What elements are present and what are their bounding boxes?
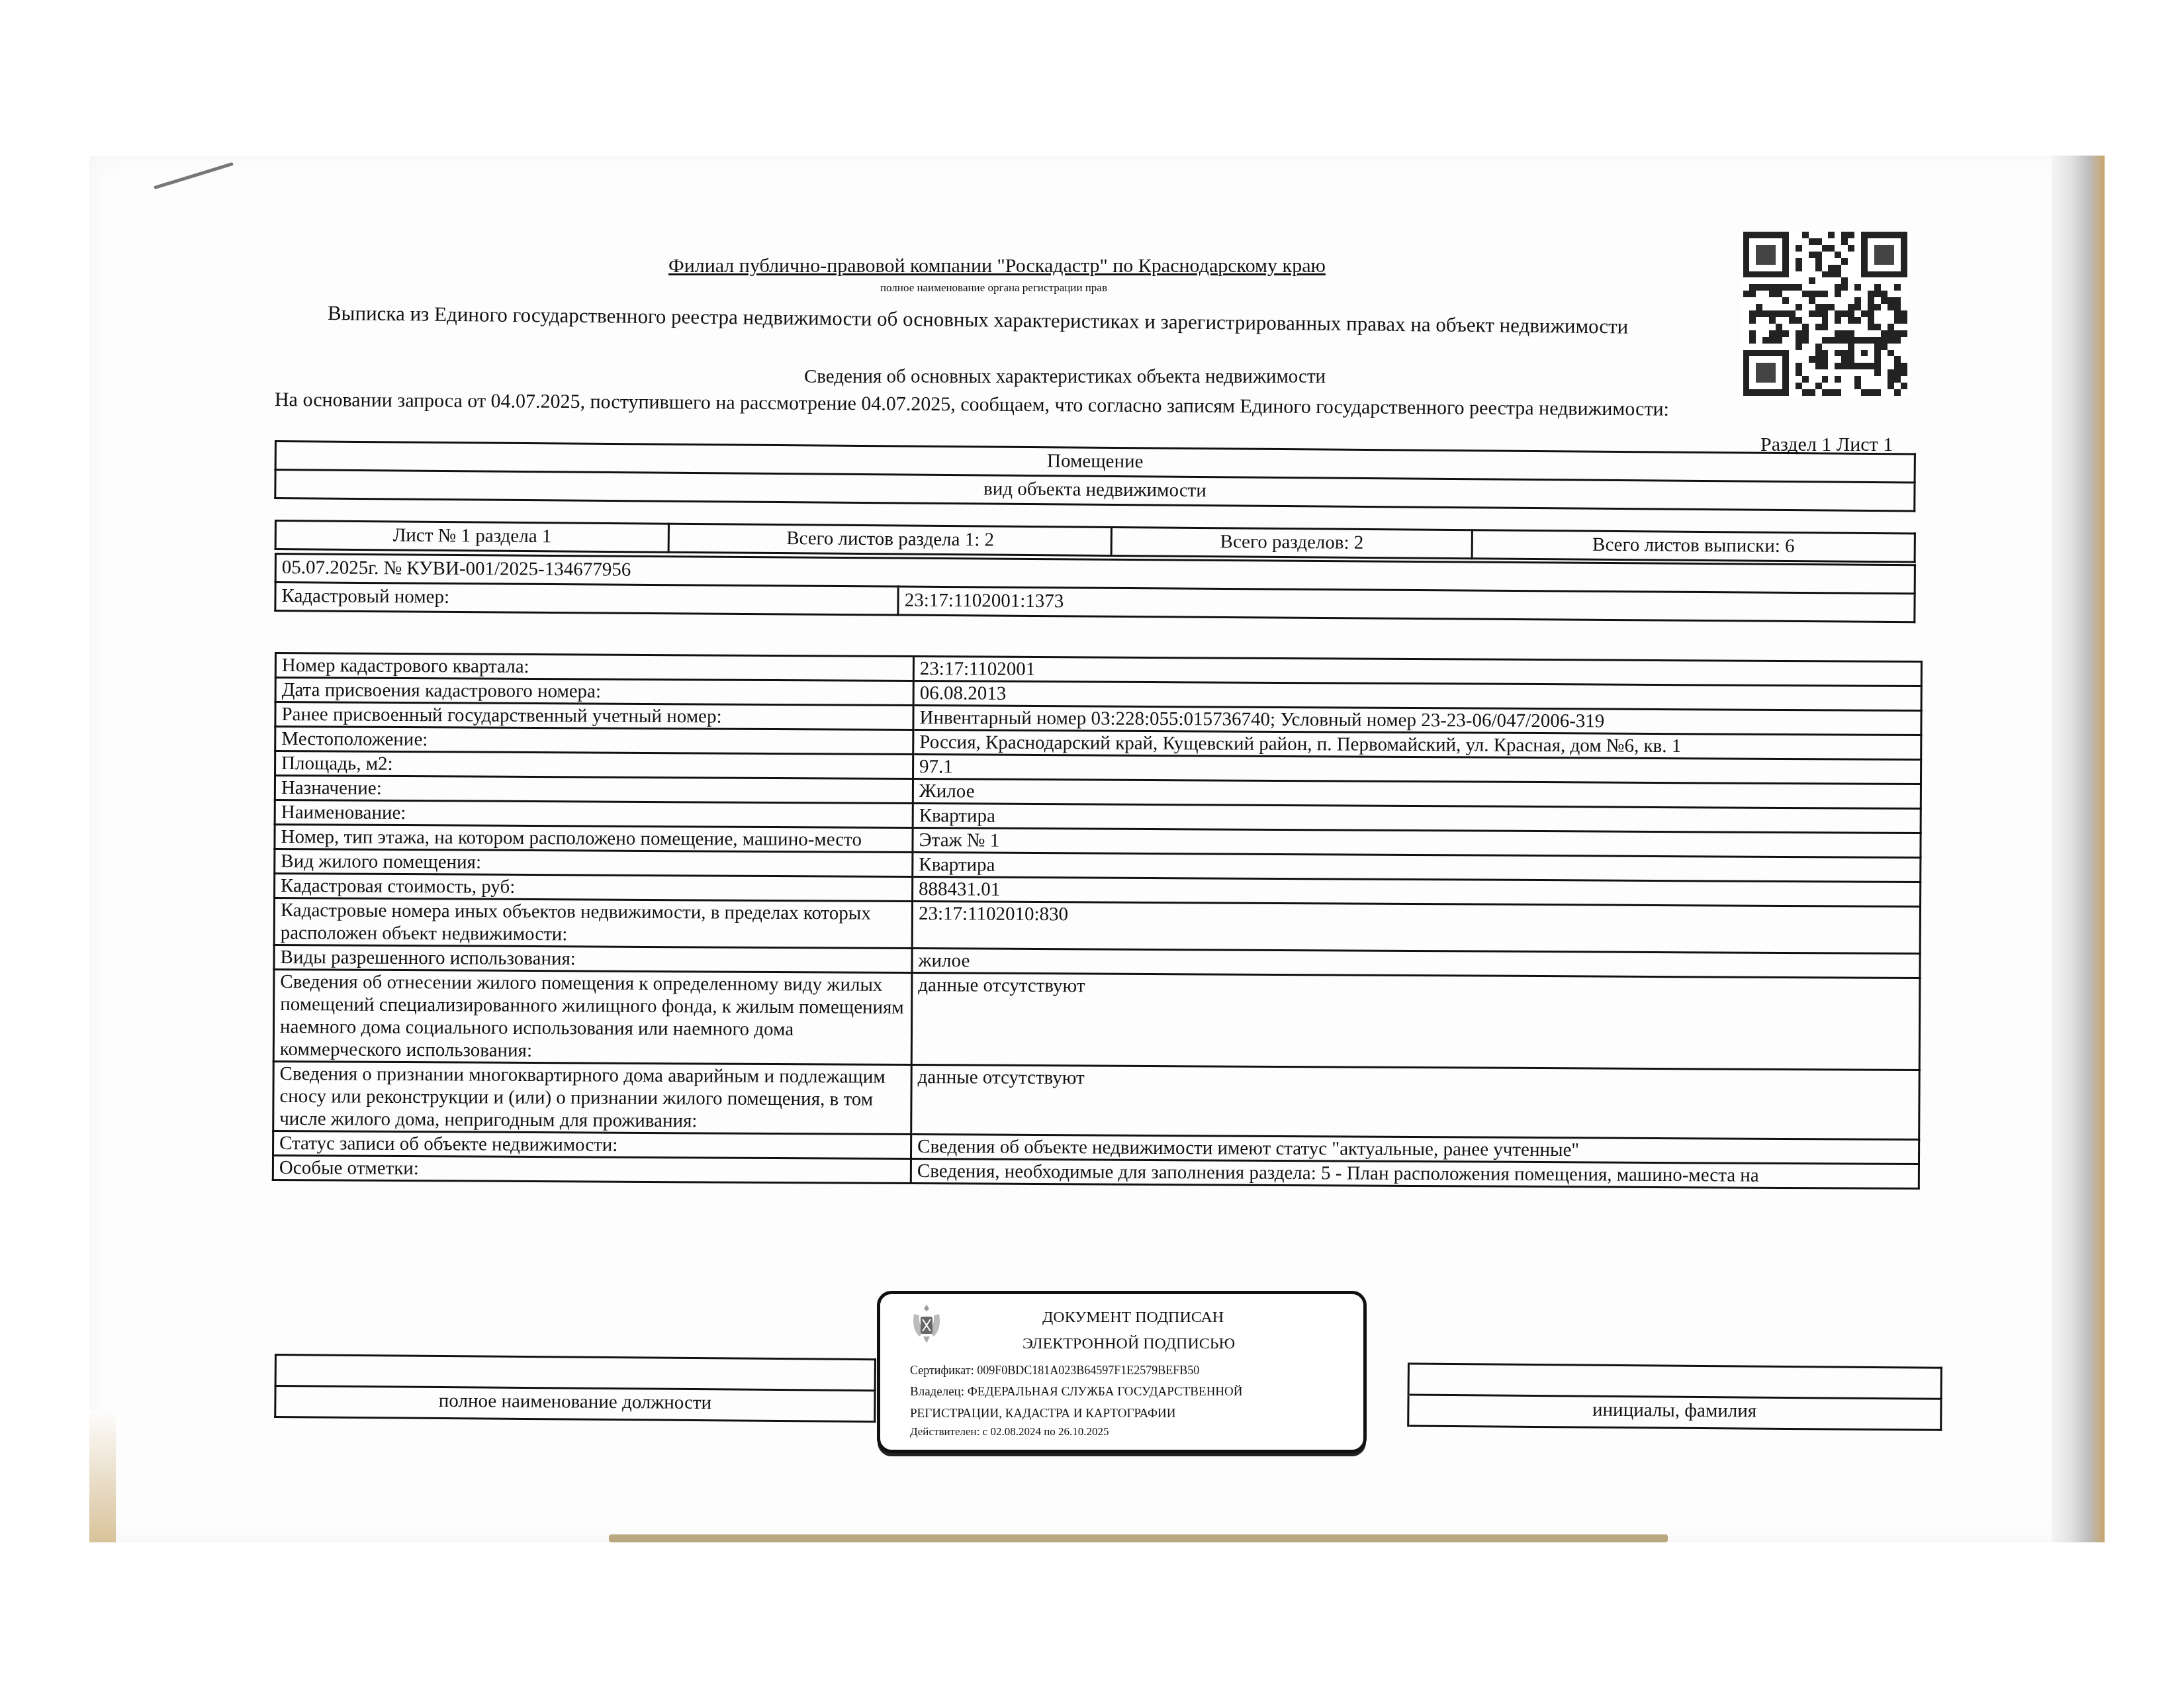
stamp-validity: Действителен: с 02.08.2024 по 26.10.2025 bbox=[910, 1425, 1109, 1438]
electronic-signature-stamp: ДОКУМЕНТ ПОДПИСАН ЭЛЕКТРОННОЙ ПОДПИСЬЮ С… bbox=[877, 1291, 1367, 1453]
row-label: Сведения о признании многоквартирного до… bbox=[273, 1061, 912, 1134]
row-value: 23:17:1102010:830 bbox=[912, 902, 1920, 954]
row-label: Номер, тип этажа, на котором расположено… bbox=[275, 825, 913, 853]
name-caption: инициалы, фамилия bbox=[1408, 1395, 1941, 1430]
paper-stack-edge bbox=[2052, 156, 2105, 1542]
table-row: Кадастровые номера иных объектов недвижи… bbox=[274, 898, 1920, 954]
stamp-owner-continued: РЕГИСТРАЦИИ, КАДАСТРА И КАРТОГРАФИИ bbox=[910, 1407, 1176, 1421]
section-title: Сведения об основных характеристиках объ… bbox=[804, 366, 1326, 388]
document-number-table: 05.07.2025г. № КУВИ-001/2025-134677956 К… bbox=[274, 553, 1916, 623]
row-value: данные отсутствуют bbox=[911, 1065, 1920, 1140]
row-label: Кадастровая стоимость, руб: bbox=[275, 874, 913, 902]
stamp-title: ДОКУМЕНТ ПОДПИСАН bbox=[1042, 1309, 1224, 1327]
stamp-certificate: Сертификат: 009F0BDC181A023B64597F1E2579… bbox=[910, 1364, 1199, 1378]
stamp-owner: Владелец: ФЕДЕРАЛЬНАЯ СЛУЖБА ГОСУДАРСТВЕ… bbox=[910, 1385, 1243, 1399]
organization-name: Филиал публично-правовой компании "Роска… bbox=[668, 255, 1326, 277]
row-value: данные отсутствуют bbox=[911, 973, 1920, 1070]
row-label: Наименование: bbox=[275, 800, 913, 828]
row-label: Вид жилого помещения: bbox=[275, 849, 913, 877]
qr-code-icon bbox=[1741, 232, 1909, 396]
paper-corner bbox=[89, 1410, 116, 1542]
eagle-emblem-icon bbox=[910, 1302, 943, 1348]
table-row: Сведения о признании многоквартирного до… bbox=[273, 1061, 1920, 1139]
row-label: Местоположение: bbox=[275, 727, 913, 755]
row-label: Назначение: bbox=[275, 776, 913, 804]
row-label: Площадь, м2: bbox=[275, 751, 913, 779]
sheet-number: Лист № 1 раздела 1 bbox=[275, 521, 669, 553]
row-value: Сведения, необходимые для заполнения раз… bbox=[911, 1159, 1919, 1189]
row-label: Ранее присвоенный государственный учетны… bbox=[275, 702, 913, 730]
section-sheets-total: Всего листов раздела 1: 2 bbox=[669, 524, 1112, 555]
row-label: Сведения об отнесении жилого помещения к… bbox=[273, 970, 912, 1065]
sections-total: Всего разделов: 2 bbox=[1111, 527, 1472, 558]
row-label: Особые отметки: bbox=[273, 1155, 911, 1183]
organization-caption: полное наименование органа регистрации п… bbox=[880, 281, 1107, 295]
cadastral-number-label: Кадастровый номер: bbox=[275, 583, 899, 616]
row-label: Статус записи об объекте недвижимости: bbox=[273, 1131, 911, 1158]
row-label: Дата присвоения кадастрового номера: bbox=[275, 678, 913, 706]
extract-sheets-total: Всего листов выписки: 6 bbox=[1472, 530, 1915, 562]
table-row: Сведения об отнесении жилого помещения к… bbox=[273, 970, 1920, 1070]
row-label: Виды разрешенного использования: bbox=[274, 945, 912, 973]
row-label: Кадастровые номера иных объектов недвижи… bbox=[274, 898, 912, 949]
characteristics-table: Номер кадастрового квартала:23:17:110200… bbox=[272, 652, 1923, 1190]
stamp-subtitle: ЭЛЕКТРОННОЙ ПОДПИСЬЮ bbox=[1023, 1335, 1235, 1353]
position-caption: полное наименование должности bbox=[275, 1386, 875, 1422]
paper-bottom-edge bbox=[609, 1534, 1668, 1542]
row-label: Номер кадастрового квартала: bbox=[275, 653, 913, 681]
